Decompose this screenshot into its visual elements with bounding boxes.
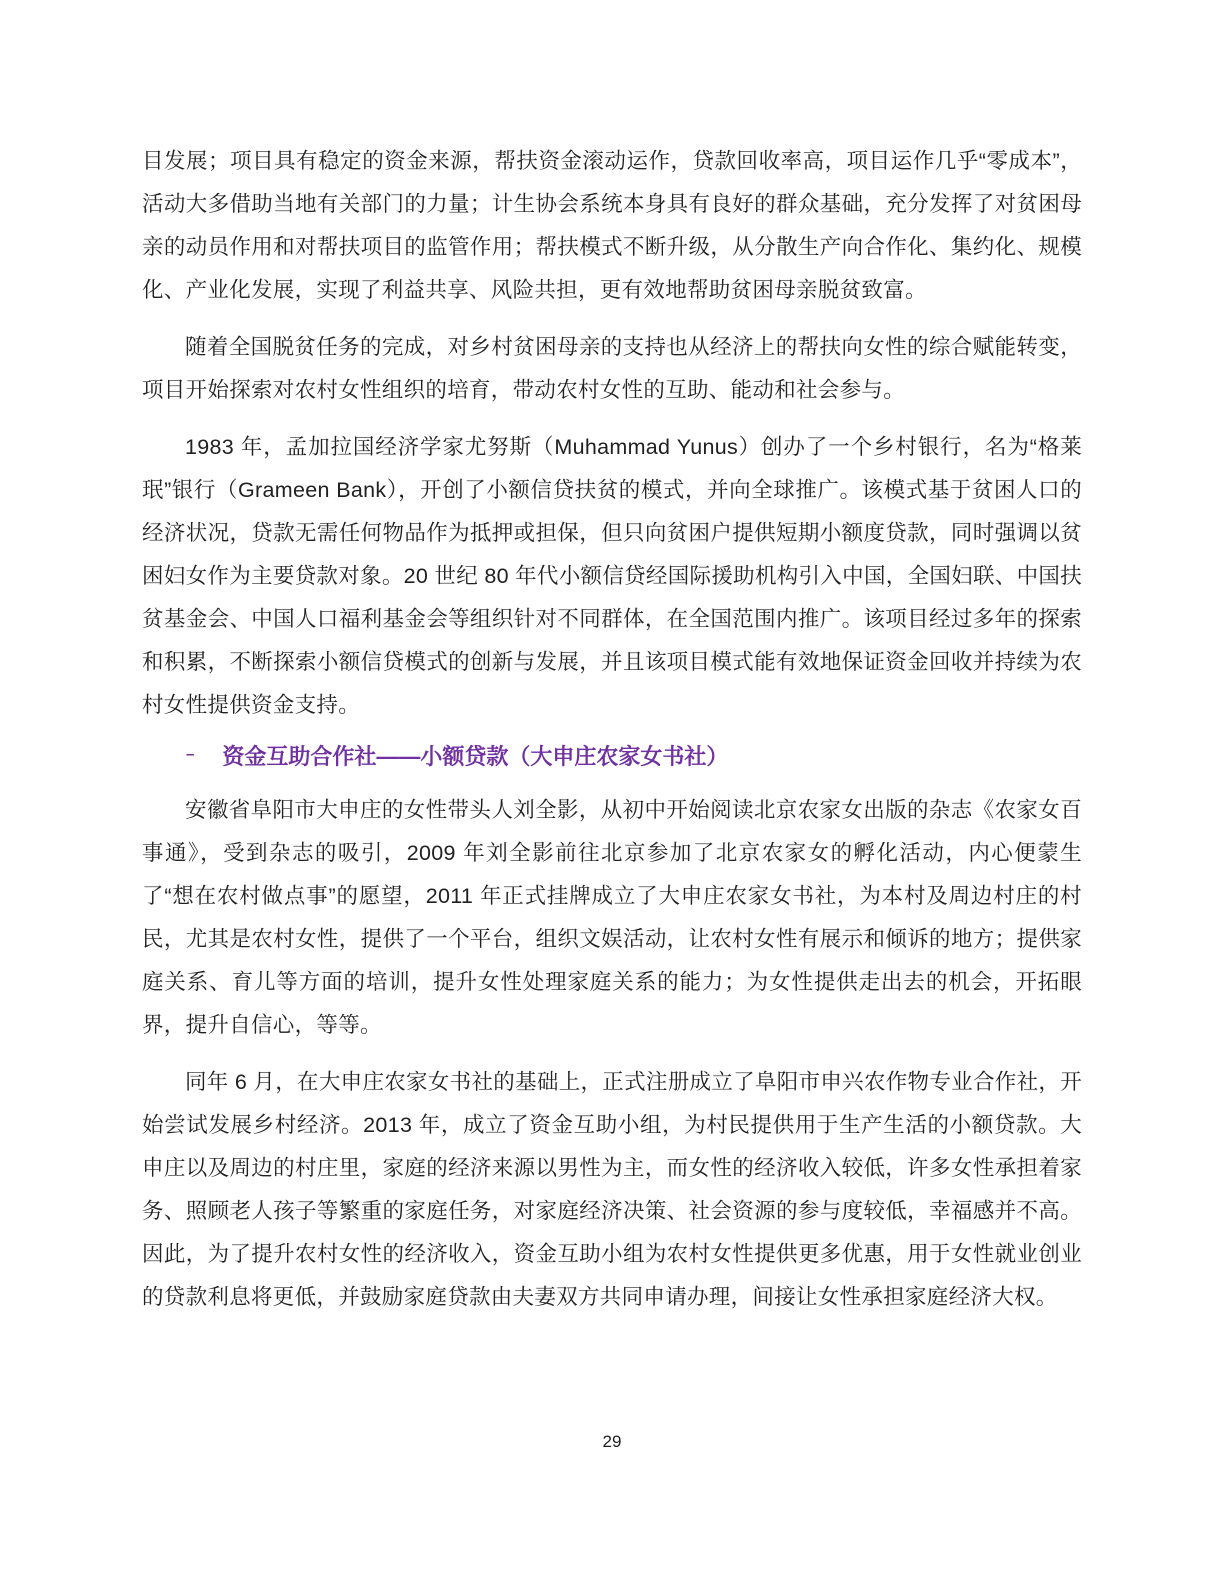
body-paragraph-1: 目发展；项目具有稳定的资金来源，帮扶资金滚动运作，贷款回收率高，项目运作几乎“零… bbox=[142, 140, 1082, 312]
section-heading: – 资金互助合作社——小额贷款（大申庄农家女书社） bbox=[186, 741, 1082, 773]
document-page: 目发展；项目具有稳定的资金来源，帮扶资金滚动运作，贷款回收率高，项目运作几乎“零… bbox=[0, 0, 1224, 1584]
page-body: 目发展；项目具有稳定的资金来源，帮扶资金滚动运作，贷款回收率高，项目运作几乎“零… bbox=[142, 140, 1082, 1333]
section-heading-text: 资金互助合作社——小额贷款（大申庄农家女书社） bbox=[222, 741, 728, 773]
page-number: 29 bbox=[0, 1432, 1224, 1452]
body-paragraph-4: 安徽省阜阳市大申庄的女性带头人刘全影，从初中开始阅读北京农家女出版的杂志《农家女… bbox=[142, 789, 1082, 1047]
body-paragraph-5: 同年 6 月，在大申庄农家女书社的基础上，正式注册成立了阜阳市申兴农作物专业合作… bbox=[142, 1061, 1082, 1319]
dash-bullet-icon: – bbox=[186, 739, 194, 771]
body-paragraph-3: 1983 年，孟加拉国经济学家尤努斯（Muhammad Yunus）创办了一个乡… bbox=[142, 426, 1082, 727]
body-paragraph-2: 随着全国脱贫任务的完成，对乡村贫困母亲的支持也从经济上的帮扶向女性的综合赋能转变… bbox=[142, 326, 1082, 412]
